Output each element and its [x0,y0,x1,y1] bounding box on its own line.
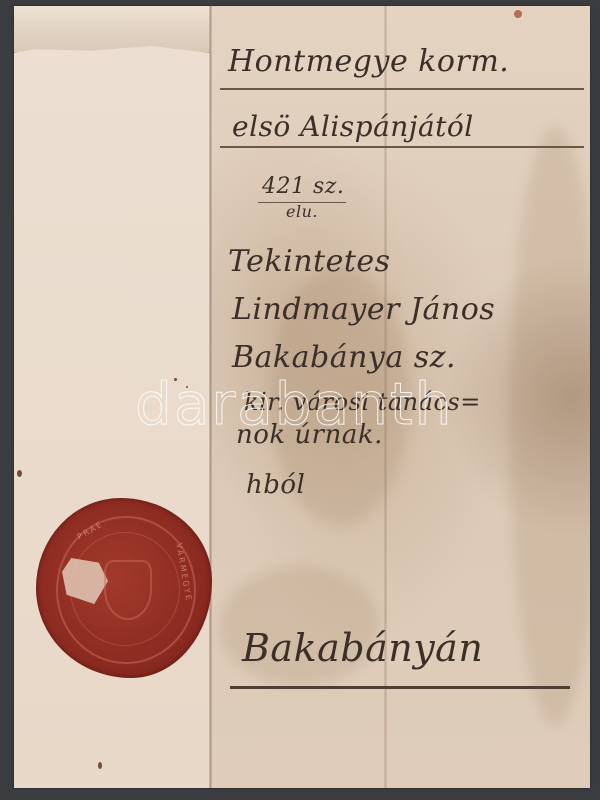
address-line-salutation: Tekintetes [228,244,391,279]
address-line-council: kir. városi tanács= [244,388,481,416]
address-line-2: elsö Alispánjától [232,110,474,143]
address-line-hbol: hból [246,470,305,500]
fold-line-left [209,6,212,788]
letter-cover: Hontmegye korm. elsö Alispánjától 421 sz… [14,6,590,788]
torn-top-strip [14,6,210,53]
red-wax-seal: PRAE VARMEGYE [36,498,212,678]
address-line-1: Hontmegye korm. [228,44,509,79]
reference-number: 421 sz. [262,174,344,199]
destination: Bakabányán [242,626,483,670]
address-line-recipient: Lindmayer János [232,292,495,327]
address-line-title: nok úrnak. [236,420,383,450]
rule-2 [220,146,584,148]
rule-1 [220,88,584,90]
address-line-town: Bakabánya sz. [232,340,456,375]
reference-abbrev: elu. [286,202,318,221]
destination-underline [230,686,570,689]
coat-of-arms-icon [104,560,152,620]
